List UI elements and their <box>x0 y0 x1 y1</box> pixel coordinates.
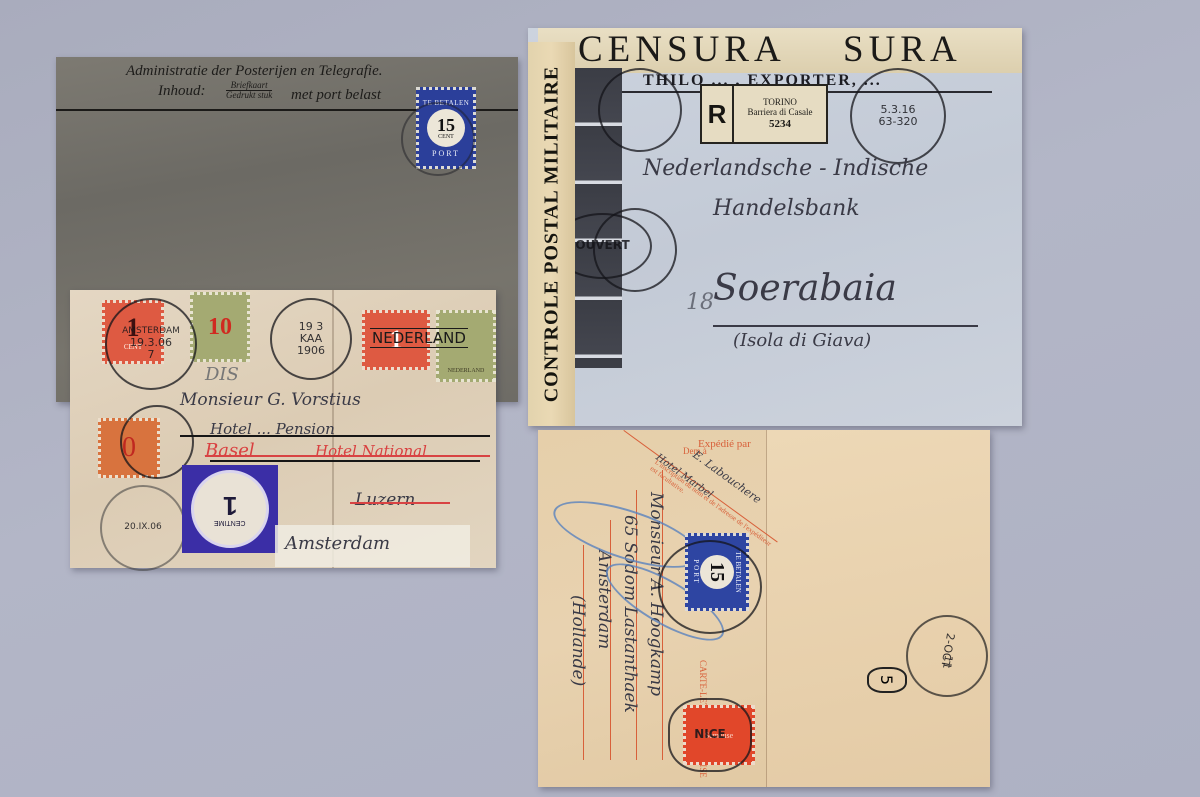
wrapper-header-fraction: Briefkaart Gedrukt stuk <box>226 81 272 101</box>
cover-address-underline <box>713 325 978 327</box>
redirected-postcard: 1 CENT 10 1 NEDERLAND 0 AMSTERDAM 19.3.0… <box>70 290 496 568</box>
french-letter-card: Expédié par Dem à L'inscription du nom e… <box>538 430 990 787</box>
cover-address-line-3: Soerabaia <box>713 268 897 309</box>
postcard-stamp-swiss-10: 10 <box>190 292 250 362</box>
postcard-address-line-1: Monsieur G. Vorstius <box>180 390 361 410</box>
cover-address-line-1: Nederlandsche - Indische <box>643 156 928 181</box>
lettercard-due-postmark <box>658 540 762 634</box>
wrapper-header-line1: Administratie der Posterijen en Telegraf… <box>126 63 383 80</box>
censor-tape: CONTROLE POSTAL MILITAIRE <box>528 42 575 426</box>
postage-due-handstamp: 1 CENTIME <box>182 465 278 553</box>
censored-registered-cover: THILO ... , EXPORTER, ... CENSURA SURA R… <box>528 28 1022 426</box>
postcard-postmark-amsterdam-1: AMSTERDAM 19.3.06 7 <box>105 298 197 390</box>
censor-band-top: CENSURA SURA <box>538 28 1022 73</box>
cover-pencil-mark: 18 <box>686 290 714 315</box>
strike-line-2 <box>210 460 480 462</box>
cover-postmark-1 <box>598 68 682 152</box>
postcard-address-amsterdam: Amsterdam <box>285 533 390 554</box>
lettercard-back-panel <box>766 430 990 787</box>
machine-cancel: NEDERLAND <box>370 328 468 348</box>
strike-line-4 <box>350 502 450 504</box>
lettercard-address-4: (Hollande) <box>568 595 588 686</box>
postcard-postmark-amsterdam-2: 19 3 KAA 1906 <box>270 298 352 380</box>
lettercard-back-postmark: 2-OCT 11 <box>906 615 988 697</box>
wrapper-postmark <box>401 102 475 176</box>
wrapper-header-suffix: met port belast <box>291 87 381 104</box>
nice-cancel: NICE <box>668 698 752 772</box>
cover-address-line-2: Handelsbank <box>713 196 860 221</box>
postcard-address-line-4: Hotel National <box>315 442 427 460</box>
cover-address-line-4: (Isola di Giava) <box>733 330 871 351</box>
strike-line-1 <box>180 435 490 437</box>
cover-postmark-top-right: 5.3.16 63-320 <box>850 68 946 164</box>
postcard-address-line-5: Luzern <box>355 490 415 510</box>
postcard-postmark-luzern: 20.IX.06 <box>100 485 186 571</box>
strike-line-3 <box>205 455 490 457</box>
wrapper-header-prefix: Inhoud: <box>158 83 206 100</box>
registration-label: R TORINO Barriera di Casale 5234 <box>700 84 828 144</box>
postcard-pencil-marks: DIS <box>205 364 239 385</box>
postcard-address-line-3: Basel <box>205 440 255 461</box>
lettercard-back-mark: 5 <box>867 667 907 693</box>
